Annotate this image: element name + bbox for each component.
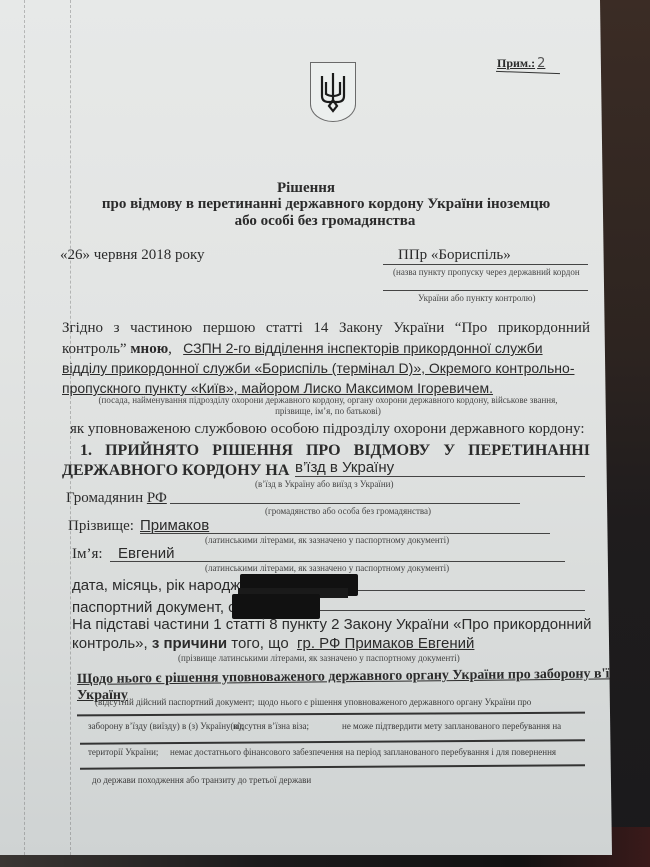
reason-option: немає достатнього фінансового забезпечен… <box>170 747 556 757</box>
annotation-value: 2 <box>537 56 545 71</box>
field-line <box>170 503 520 504</box>
ban-reason: Щодо нього є рішення уповноваженого держ… <box>77 666 640 688</box>
citizen-field: Громадянин РФ <box>66 490 167 507</box>
preamble-hint-2: прізвище, ім’я, по батькові) <box>60 406 596 416</box>
basis-hint: (прізвище латинськими літерами, як зазна… <box>178 653 460 663</box>
fold-line <box>24 0 25 855</box>
basis-mid: того, що <box>227 635 293 652</box>
surname-hint: (латинськими літерами, як зазначено у па… <box>205 535 449 545</box>
checkpoint-hint: (назва пункту пропуску через державний к… <box>393 267 580 277</box>
document-title: Рішення <box>0 180 612 197</box>
rule-line <box>77 712 585 717</box>
preamble-line-2: контроль” мною, СЗПН 2-го відділення інс… <box>62 340 590 358</box>
basis-line-2: контроль», з причини того, що гр. РФ При… <box>72 635 474 652</box>
document-page: Прим.:2 Рішення про відмову в перетинанн… <box>0 0 612 855</box>
entry-direction-hint: (в’їзд в Україну або виїзд з України) <box>255 479 393 489</box>
document-date: «26» червня 2018 року <box>60 247 205 264</box>
field-line <box>110 561 565 562</box>
officer-name: пропускного пункту «Київ», майором Лиско… <box>62 380 493 396</box>
basis-person: гр. РФ Примаков Евгений <box>297 635 474 652</box>
basis-bold: з причини <box>152 635 227 652</box>
reason-option: до держави походження або транзиту до тр… <box>92 775 311 785</box>
preamble-prefix: контроль” <box>62 341 127 357</box>
rule-line <box>80 739 585 745</box>
preamble-hint: (посада, найменування підрозділу охорони… <box>60 395 596 405</box>
preamble-line-1: Згідно з частиною першою статті 14 Закон… <box>62 320 590 337</box>
first-name-hint: (латинськими літерами, як зазначено у па… <box>205 563 449 573</box>
citizen-hint: (громадянство або особа без громадянства… <box>265 506 431 516</box>
section-1-heading: 1. ПРИЙНЯТО РІШЕННЯ ПРО ВІДМОВУ У ПЕРЕТИ… <box>80 442 590 460</box>
checkpoint-value: ППр «Бориспіль» <box>398 247 511 264</box>
field-line <box>383 264 588 265</box>
basis-line-1: На підставі частини 1 статті 8 пункту 2 … <box>72 616 591 633</box>
heading-word: 1. <box>80 442 92 460</box>
surname-label: Прізвище: <box>68 518 134 535</box>
heading-word: ПРИЙНЯТО <box>105 442 199 460</box>
preamble-bold: мною <box>130 341 168 357</box>
entry-direction-value: в’їзд в Україну <box>295 459 394 476</box>
reason-option: відсутня в’їзна віза; <box>233 721 309 731</box>
field-line <box>383 290 588 291</box>
section-1-heading-2: ДЕРЖАВНОГО КОРДОНУ НА <box>62 462 289 480</box>
reason-option: (відсутній дійсний паспортний документ; <box>95 697 254 707</box>
heading-word: У <box>443 442 455 460</box>
preamble-line-3: відділу прикордонної служби «Бориспіль (… <box>62 360 590 378</box>
authority-line: як уповноваженою службовою особою підроз… <box>70 421 585 438</box>
heading-word: ВІДМОВУ <box>354 442 431 460</box>
first-name-label: Ім’я: <box>72 546 103 563</box>
coat-of-arms-icon <box>310 62 356 122</box>
field-line <box>295 476 585 477</box>
basis-prefix: контроль», <box>72 635 152 652</box>
annotation-label: Прим.: <box>497 56 535 70</box>
document-subtitle: про відмову в перетинанні державного кор… <box>0 196 650 213</box>
heading-word: ПРО <box>306 442 341 460</box>
document-subtitle-2: або особі без громадянства <box>0 213 650 230</box>
heading-word: РІШЕННЯ <box>212 442 293 460</box>
heading-word: ПЕРЕТИНАННІ <box>468 442 590 460</box>
rule-line <box>80 764 585 770</box>
reason-option: заборону в’їзду (виїзду) в (з) Україну(и… <box>88 721 244 731</box>
annotation: Прим.:2 <box>497 56 545 71</box>
citizen-value: РФ <box>147 490 167 506</box>
checkpoint-hint-2: України або пункту контролю) <box>418 293 535 303</box>
surname-value: Примаков <box>140 517 209 534</box>
annotation-underline <box>496 71 560 74</box>
first-name-value: Евгений <box>118 545 175 562</box>
citizen-label: Громадянин <box>66 490 143 506</box>
reason-option: не може підтвердити мету запланованого п… <box>342 721 561 731</box>
field-line <box>140 533 550 534</box>
reason-option: щодо нього є рішення уповноваженого держ… <box>258 697 531 707</box>
reason-option: території України; <box>88 747 158 757</box>
officer-position: СЗПН 2-го відділення інспекторів прикорд… <box>183 340 542 356</box>
officer-unit: відділу прикордонної служби «Бориспіль (… <box>62 360 574 376</box>
